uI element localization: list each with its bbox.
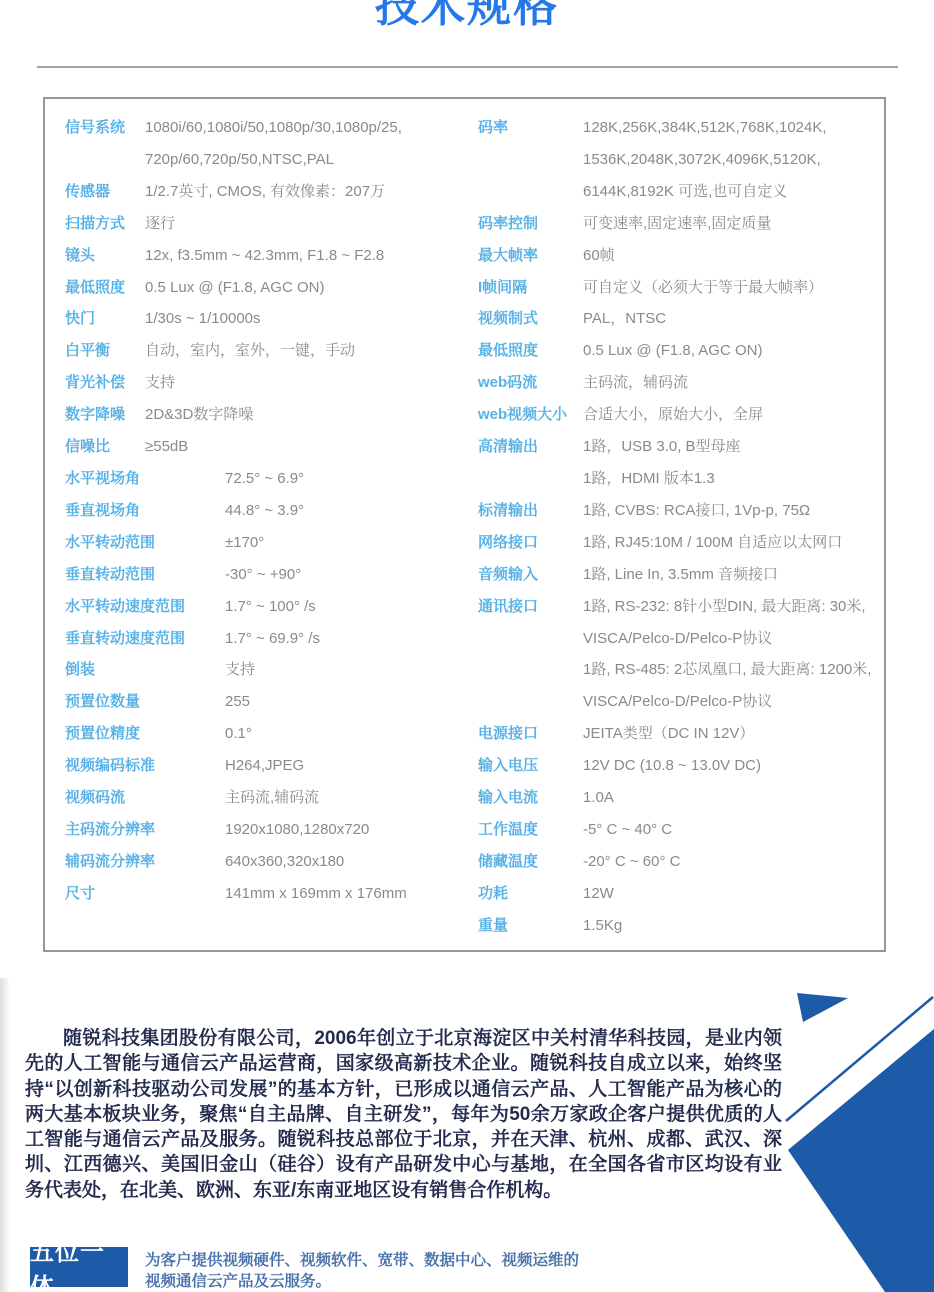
spec-value-line: 1路, RS-232: 8针小型DIN, 最大距离: 30米, [583, 591, 871, 623]
spec-value-line: 1/2.7英寸, CMOS, 有效像素：207万 [145, 176, 385, 208]
spec-value-line: 1路, RJ45:10M / 100M 自适应以太网口 [583, 527, 842, 559]
spec-value-line: -20° C ~ 60° C [583, 846, 680, 878]
spec-label: 通讯接口 [478, 591, 583, 623]
spec-label: 电源接口 [478, 718, 583, 750]
spec-value-line: 60帧 [583, 240, 615, 272]
spec-value: JEITA类型（DC IN 12V） [583, 718, 754, 750]
spec-row: 最低照度0.5 Lux @ (F1.8, AGC ON) [478, 335, 882, 367]
spec-label: web码流 [478, 367, 583, 399]
spec-label: 数字降噪 [65, 399, 145, 431]
blue-arrow-decoration [780, 985, 934, 1292]
spec-value-line: 支持 [225, 654, 255, 686]
spec-row: 水平视场角72.5° ~ 6.9° [65, 463, 471, 495]
spec-row: 倒装支持 [65, 654, 471, 686]
spec-value-line: 1.7° ~ 100° /s [225, 591, 316, 623]
spec-label: 背光补偿 [65, 367, 145, 399]
badge-caption: 为客户提供视频硬件、视频软件、宽带、数据中心、视频运维的 视频通信云产品及云服务… [145, 1247, 579, 1292]
spec-value: 自动，室内，室外，一键，手动 [145, 335, 355, 367]
spec-value: 12W [583, 878, 614, 910]
spec-value-line: 44.8° ~ 3.9° [225, 495, 304, 527]
spec-value-line: 合适大小，原始大小，全屏 [583, 399, 763, 431]
spec-value: 44.8° ~ 3.9° [225, 495, 304, 527]
spec-value: 60帧 [583, 240, 615, 272]
spec-row: 数字降噪2D&3D数字降噪 [65, 399, 471, 431]
spec-row: 电源接口JEITA类型（DC IN 12V） [478, 718, 882, 750]
spec-row: 镜头12x, f3.5mm ~ 42.3mm, F1.8 ~ F2.8 [65, 240, 471, 272]
spec-value: 支持 [145, 367, 175, 399]
spec-label: 白平衡 [65, 335, 145, 367]
spec-row: 辅码流分辨率640x360,320x180 [65, 846, 471, 878]
spec-row: 尺寸141mm x 169mm x 176mm [65, 878, 471, 910]
spec-row: 输入电压12V DC (10.8 ~ 13.0V DC) [478, 750, 882, 782]
spec-value: 640x360,320x180 [225, 846, 344, 878]
spec-row: 主码流分辨率1920x1080,1280x720 [65, 814, 471, 846]
small-triangle-shape [797, 993, 848, 1022]
spec-label: 输入电压 [478, 750, 583, 782]
spec-value-line: 1920x1080,1280x720 [225, 814, 369, 846]
spec-value-line: 主码流，辅码流 [583, 367, 688, 399]
spec-row: 视频编码标准H264,JPEG [65, 750, 471, 782]
spec-row: 输入电流1.0A [478, 782, 882, 814]
spec-value-line: PAL，NTSC [583, 303, 666, 335]
spec-row: 标清输出1路, CVBS: RCA接口, 1Vp-p, 75Ω [478, 495, 882, 527]
spec-row: 水平转动速度范围1.7° ~ 100° /s [65, 591, 471, 623]
spec-row: 视频码流主码流,辅码流 [65, 782, 471, 814]
spec-label: 水平视场角 [65, 463, 225, 495]
spec-label: 标清输出 [478, 495, 583, 527]
spec-label: 垂直视场角 [65, 495, 225, 527]
spec-value: 1/2.7英寸, CMOS, 有效像素：207万 [145, 176, 385, 208]
spec-row: 功耗12W [478, 878, 882, 910]
five-in-one-badge: 五位一体 [30, 1247, 128, 1287]
spec-label: 主码流分辨率 [65, 814, 225, 846]
spec-row: 码率128K,256K,384K,512K,768K,1024K,1536K,2… [478, 112, 882, 208]
spec-column-right: 码率128K,256K,384K,512K,768K,1024K,1536K,2… [478, 112, 882, 942]
spec-value: 1.0A [583, 782, 614, 814]
spec-value-line: 1.0A [583, 782, 614, 814]
spec-value-line: 1080i/60,1080i/50,1080p/30,1080p/25, [145, 112, 402, 144]
spec-row: 预置位数量255 [65, 686, 471, 718]
spec-label: 高清输出 [478, 431, 583, 463]
spec-value: 1.7° ~ 100° /s [225, 591, 316, 623]
spec-value-line: 1/30s ~ 1/10000s [145, 303, 261, 335]
spec-value: 0.1° [225, 718, 252, 750]
spec-label: 倒装 [65, 654, 225, 686]
spec-label: 重量 [478, 910, 583, 942]
spec-value-line: JEITA类型（DC IN 12V） [583, 718, 754, 750]
page-title: 技术规格 [0, 0, 934, 34]
spec-row: 最低照度0.5 Lux @ (F1.8, AGC ON) [65, 272, 471, 304]
spec-value: ±170° [225, 527, 264, 559]
left-edge-shade [0, 978, 10, 1292]
spec-value: 0.5 Lux @ (F1.8, AGC ON) [583, 335, 762, 367]
spec-label: 最大帧率 [478, 240, 583, 272]
spec-value: 1.5Kg [583, 910, 622, 942]
spec-value: -20° C ~ 60° C [583, 846, 680, 878]
spec-label: 最低照度 [65, 272, 145, 304]
footer-row: 五位一体 为客户提供视频硬件、视频软件、宽带、数据中心、视频运维的 视频通信云产… [30, 1247, 579, 1292]
spec-value-line: 0.5 Lux @ (F1.8, AGC ON) [583, 335, 762, 367]
spec-value-line: 72.5° ~ 6.9° [225, 463, 304, 495]
spec-label: 扫描方式 [65, 208, 145, 240]
spec-value-line: 2D&3D数字降噪 [145, 399, 253, 431]
spec-value-line: 1.7° ~ 69.9° /s [225, 623, 320, 655]
spec-label: 音频输入 [478, 559, 583, 591]
spec-value: 1路, Line In, 3.5mm 音频接口 [583, 559, 778, 591]
spec-value-line: 6144K,8192K 可选,也可自定义 [583, 176, 827, 208]
spec-value: 可变速率,固定速率,固定质量 [583, 208, 771, 240]
spec-label: 视频码流 [65, 782, 225, 814]
company-paragraph: 随锐科技集团股份有限公司，2006年创立于北京海淀区中关村清华科技园，是业内领先… [25, 1026, 782, 1203]
spec-row: I帧间隔可自定义（必须大于等于最大帧率） [478, 272, 882, 304]
spec-row: 重量1.5Kg [478, 910, 882, 942]
spec-column-left: 信号系统1080i/60,1080i/50,1080p/30,1080p/25,… [65, 112, 471, 910]
spec-value-line: 12V DC (10.8 ~ 13.0V DC) [583, 750, 761, 782]
spec-value-line: 1路, CVBS: RCA接口, 1Vp-p, 75Ω [583, 495, 810, 527]
spec-label: 水平转动范围 [65, 527, 225, 559]
spec-value: PAL，NTSC [583, 303, 666, 335]
spec-value: 逐行 [145, 208, 175, 240]
spec-table-card: 信号系统1080i/60,1080i/50,1080p/30,1080p/25,… [43, 97, 886, 952]
spec-label: 传感器 [65, 176, 145, 208]
spec-label: 水平转动速度范围 [65, 591, 225, 623]
spec-value-line: -5° C ~ 40° C [583, 814, 672, 846]
spec-label: 信噪比 [65, 431, 145, 463]
spec-value-line: 自动，室内，室外，一键，手动 [145, 335, 355, 367]
spec-value-line: 720p/60,720p/50,NTSC,PAL [145, 144, 402, 176]
large-diamond-shape [788, 1029, 934, 1292]
spec-value: 主码流,辅码流 [225, 782, 319, 814]
spec-row: web视频大小合适大小，原始大小，全屏 [478, 399, 882, 431]
spec-value: 1920x1080,1280x720 [225, 814, 369, 846]
spec-value: 可自定义（必须大于等于最大帧率） [583, 272, 823, 304]
spec-value: 1路, RS-232: 8针小型DIN, 最大距离: 30米,VISCA/Pel… [583, 591, 871, 719]
spec-row: 网络接口1路, RJ45:10M / 100M 自适应以太网口 [478, 527, 882, 559]
spec-value: -30° ~ +90° [225, 559, 301, 591]
spec-row: 高清输出1路，USB 3.0, B型母座1路，HDMI 版本1.3 [478, 431, 882, 495]
spec-value-line: 1536K,2048K,3072K,4096K,5120K, [583, 144, 827, 176]
spec-label: 辅码流分辨率 [65, 846, 225, 878]
spec-row: 最大帧率60帧 [478, 240, 882, 272]
spec-value: 12V DC (10.8 ~ 13.0V DC) [583, 750, 761, 782]
spec-value: 支持 [225, 654, 255, 686]
spec-row: 信号系统1080i/60,1080i/50,1080p/30,1080p/25,… [65, 112, 471, 176]
spec-label: I帧间隔 [478, 272, 583, 304]
spec-label: 视频制式 [478, 303, 583, 335]
badge-caption-line1: 为客户提供视频硬件、视频软件、宽带、数据中心、视频运维的 [145, 1250, 579, 1271]
spec-value: 128K,256K,384K,512K,768K,1024K,1536K,204… [583, 112, 827, 208]
spec-value-line: 可自定义（必须大于等于最大帧率） [583, 272, 823, 304]
spec-value-line: 1路, RS-485: 2芯凤凰口, 最大距离: 1200米, [583, 654, 871, 686]
spec-label: 镜头 [65, 240, 145, 272]
spec-row: 音频输入1路, Line In, 3.5mm 音频接口 [478, 559, 882, 591]
spec-row: 视频制式PAL，NTSC [478, 303, 882, 335]
spec-label: 预置位精度 [65, 718, 225, 750]
spec-label: 信号系统 [65, 112, 145, 144]
spec-row: 扫描方式逐行 [65, 208, 471, 240]
spec-row: 储藏温度-20° C ~ 60° C [478, 846, 882, 878]
spec-label: 垂直转动范围 [65, 559, 225, 591]
spec-value: 1路, RJ45:10M / 100M 自适应以太网口 [583, 527, 842, 559]
spec-sheet-page: 技术规格 信号系统1080i/60,1080i/50,1080p/30,1080… [0, 0, 934, 1292]
spec-label: 最低照度 [478, 335, 583, 367]
spec-label: 预置位数量 [65, 686, 225, 718]
spec-row: 垂直视场角44.8° ~ 3.9° [65, 495, 471, 527]
spec-value-line: 128K,256K,384K,512K,768K,1024K, [583, 112, 827, 144]
spec-value-line: 141mm x 169mm x 176mm [225, 878, 407, 910]
spec-label: 输入电流 [478, 782, 583, 814]
spec-value-line: 逐行 [145, 208, 175, 240]
spec-value-line: -30° ~ +90° [225, 559, 301, 591]
divider-line [37, 66, 898, 68]
spec-value-line: 主码流,辅码流 [225, 782, 319, 814]
spec-value: 主码流，辅码流 [583, 367, 688, 399]
spec-row: 白平衡自动，室内，室外，一键，手动 [65, 335, 471, 367]
spec-value: 1/30s ~ 1/10000s [145, 303, 261, 335]
spec-value: 0.5 Lux @ (F1.8, AGC ON) [145, 272, 324, 304]
spec-row: 背光补偿支持 [65, 367, 471, 399]
spec-value-line: 1.5Kg [583, 910, 622, 942]
spec-value-line: 1路，USB 3.0, B型母座 [583, 431, 741, 463]
badge-caption-line2: 视频通信云产品及云服务。 [145, 1271, 579, 1292]
spec-value-line: ±170° [225, 527, 264, 559]
spec-value-line: 640x360,320x180 [225, 846, 344, 878]
spec-value: -5° C ~ 40° C [583, 814, 672, 846]
spec-row: 垂直转动速度范围1.7° ~ 69.9° /s [65, 623, 471, 655]
spec-row: 预置位精度0.1° [65, 718, 471, 750]
spec-label: 尺寸 [65, 878, 225, 910]
spec-row: 水平转动范围±170° [65, 527, 471, 559]
spec-label: 码率 [478, 112, 583, 144]
spec-value: 合适大小，原始大小，全屏 [583, 399, 763, 431]
spec-value-line: 可变速率,固定速率,固定质量 [583, 208, 771, 240]
spec-row: 码率控制可变速率,固定速率,固定质量 [478, 208, 882, 240]
spec-row: 工作温度-5° C ~ 40° C [478, 814, 882, 846]
spec-value-line: 1路，HDMI 版本1.3 [583, 463, 741, 495]
spec-value: 1.7° ~ 69.9° /s [225, 623, 320, 655]
spec-row: 传感器1/2.7英寸, CMOS, 有效像素：207万 [65, 176, 471, 208]
spec-value-line: 0.5 Lux @ (F1.8, AGC ON) [145, 272, 324, 304]
spec-row: 通讯接口1路, RS-232: 8针小型DIN, 最大距离: 30米,VISCA… [478, 591, 882, 719]
spec-value-line: 1路, Line In, 3.5mm 音频接口 [583, 559, 778, 591]
spec-value-line: 12W [583, 878, 614, 910]
spec-value: ≥55dB [145, 431, 188, 463]
spec-value: 72.5° ~ 6.9° [225, 463, 304, 495]
spec-label: 储藏温度 [478, 846, 583, 878]
spec-value-line: VISCA/Pelco-D/Pelco-P协议 [583, 686, 871, 718]
spec-value-line: 12x, f3.5mm ~ 42.3mm, F1.8 ~ F2.8 [145, 240, 384, 272]
spec-value-line: H264,JPEG [225, 750, 304, 782]
spec-value-line: ≥55dB [145, 431, 188, 463]
spec-label: 码率控制 [478, 208, 583, 240]
company-section: 随锐科技集团股份有限公司，2006年创立于北京海淀区中关村清华科技园，是业内领先… [0, 960, 934, 1292]
spec-value-line: 255 [225, 686, 250, 718]
spec-label: 垂直转动速度范围 [65, 623, 225, 655]
spec-label: 功耗 [478, 878, 583, 910]
spec-value: 1080i/60,1080i/50,1080p/30,1080p/25,720p… [145, 112, 402, 176]
spec-value: 255 [225, 686, 250, 718]
spec-value: 2D&3D数字降噪 [145, 399, 253, 431]
spec-value: H264,JPEG [225, 750, 304, 782]
spec-label: 网络接口 [478, 527, 583, 559]
spec-value-line: 0.1° [225, 718, 252, 750]
spec-value: 1路，USB 3.0, B型母座1路，HDMI 版本1.3 [583, 431, 741, 495]
spec-row: web码流主码流，辅码流 [478, 367, 882, 399]
spec-row: 信噪比≥55dB [65, 431, 471, 463]
spec-row: 快门1/30s ~ 1/10000s [65, 303, 471, 335]
spec-label: 工作温度 [478, 814, 583, 846]
spec-value: 141mm x 169mm x 176mm [225, 878, 407, 910]
spec-label: 快门 [65, 303, 145, 335]
spec-value-line: 支持 [145, 367, 175, 399]
spec-value: 12x, f3.5mm ~ 42.3mm, F1.8 ~ F2.8 [145, 240, 384, 272]
spec-label: web视频大小 [478, 399, 583, 431]
spec-value-line: VISCA/Pelco-D/Pelco-P协议 [583, 623, 871, 655]
spec-row: 垂直转动范围-30° ~ +90° [65, 559, 471, 591]
spec-label: 视频编码标准 [65, 750, 225, 782]
spec-value: 1路, CVBS: RCA接口, 1Vp-p, 75Ω [583, 495, 810, 527]
